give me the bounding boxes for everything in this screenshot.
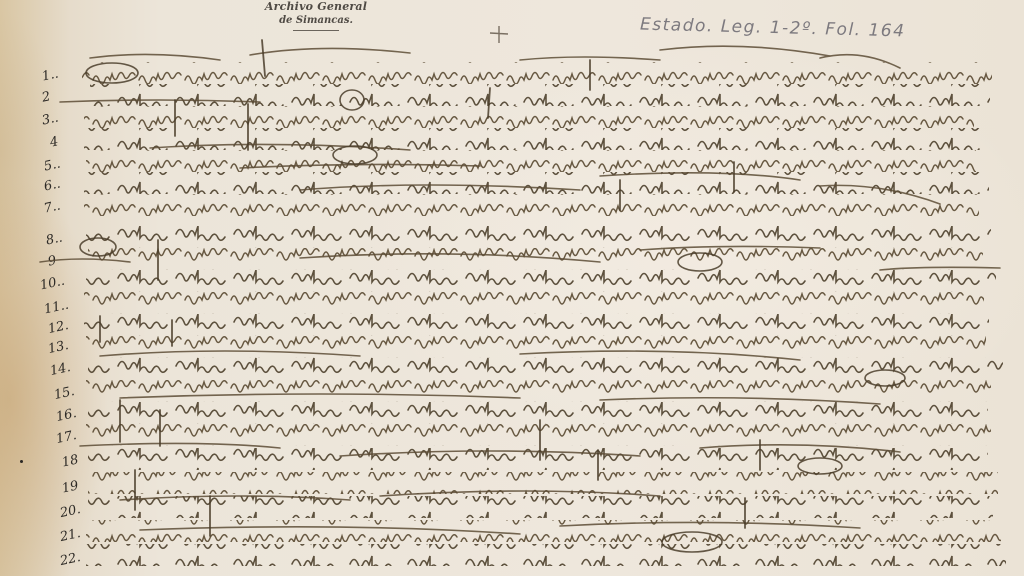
handwritten-script	[0, 0, 1024, 576]
manuscript-page: Archivo General de Simancas. Estado. Leg…	[0, 0, 1024, 576]
